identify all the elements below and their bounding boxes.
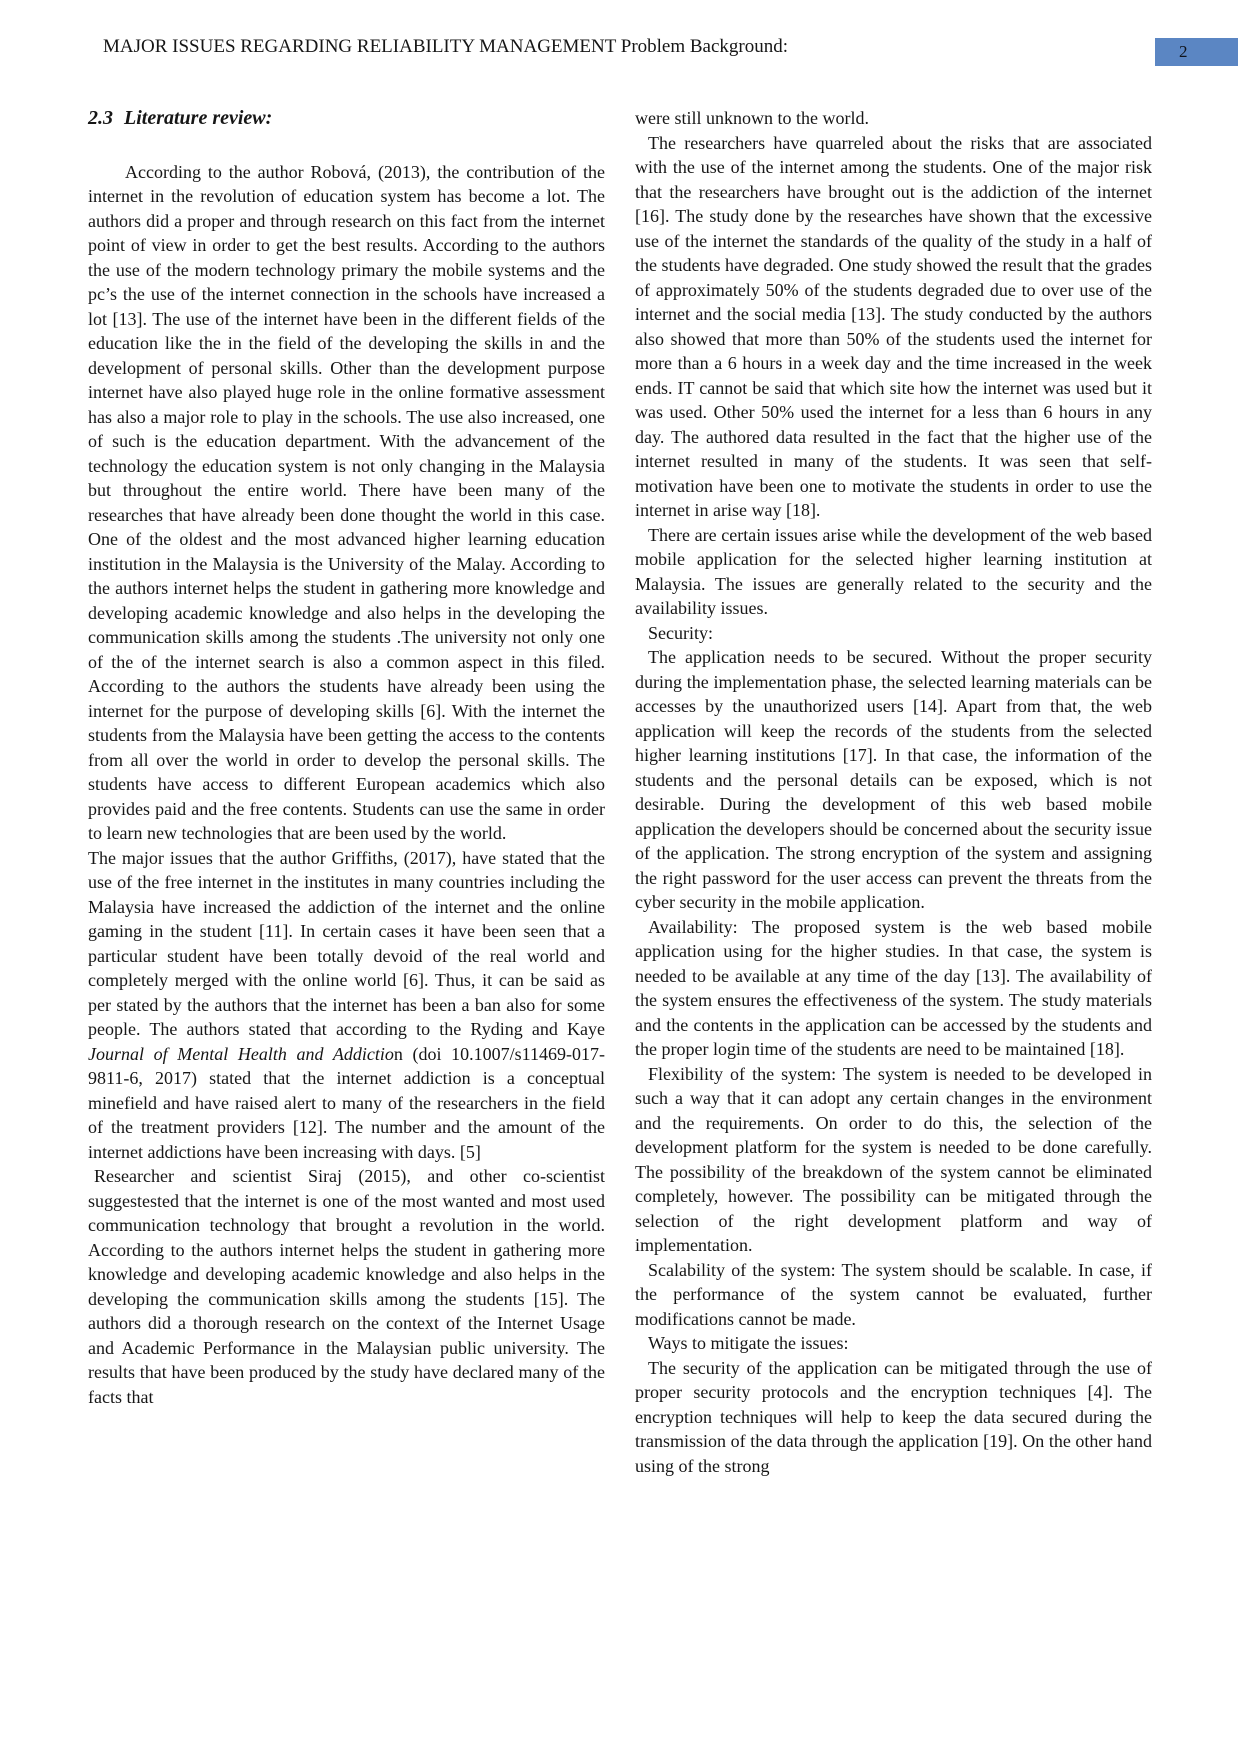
italic-text-run: Journal of Mental Health and Addictio (88, 1044, 394, 1064)
text-run: Security: (648, 623, 713, 643)
text-run: The security of the application can be m… (635, 1358, 1152, 1476)
page-number: 2 (1179, 42, 1188, 61)
paragraph: Availability: The proposed system is the… (635, 915, 1152, 1062)
paragraph: According to the author Robová, (2013), … (88, 160, 605, 846)
right-column: were still unknown to the world.The rese… (635, 106, 1152, 1478)
paragraph: The researchers have quarreled about the… (635, 131, 1152, 523)
document-page: MAJOR ISSUES REGARDING RELIABILITY MANAG… (0, 0, 1241, 1754)
two-column-content: 2.3Literature review: According to the a… (88, 106, 1152, 1478)
paragraph: Flexibility of the system: The system is… (635, 1062, 1152, 1258)
paragraph: Researcher and scientist Siraj (2015), a… (88, 1164, 605, 1409)
paragraph: Scalability of the system: The system sh… (635, 1258, 1152, 1332)
paragraph: were still unknown to the world. (635, 106, 1152, 131)
text-run: The major issues that the author Griffit… (88, 848, 605, 1040)
left-column-paragraphs: According to the author Robová, (2013), … (88, 160, 605, 1410)
text-run: Ways to mitigate the issues: (648, 1333, 849, 1353)
left-column: 2.3Literature review: According to the a… (88, 106, 605, 1478)
paragraph: The security of the application can be m… (635, 1356, 1152, 1479)
right-column-paragraphs: were still unknown to the world.The rese… (635, 106, 1152, 1478)
text-run: Researcher and scientist Siraj (2015), a… (88, 1166, 605, 1407)
section-heading-number: 2.3 (88, 107, 113, 129)
paragraph: Ways to mitigate the issues: (635, 1331, 1152, 1356)
text-run: were still unknown to the world. (635, 108, 869, 128)
header-title: MAJOR ISSUES REGARDING RELIABILITY MANAG… (103, 36, 788, 57)
page-number-badge: 2 (1155, 38, 1238, 66)
text-run: According to the author Robová, (2013), … (88, 162, 605, 844)
section-heading: 2.3Literature review: (88, 106, 605, 131)
text-run: The researchers have quarreled about the… (635, 133, 1152, 521)
paragraph: The application needs to be secured. Wit… (635, 645, 1152, 915)
text-run: Availability: The proposed system is the… (635, 917, 1152, 1060)
text-run: Scalability of the system: The system sh… (635, 1260, 1152, 1329)
text-run: Flexibility of the system: The system is… (635, 1064, 1152, 1256)
section-heading-label: Literature review: (124, 107, 272, 129)
page-header: MAJOR ISSUES REGARDING RELIABILITY MANAG… (103, 36, 1131, 58)
text-run: The application needs to be secured. Wit… (635, 647, 1152, 912)
paragraph: The major issues that the author Griffit… (88, 846, 605, 1165)
paragraph: Security: (635, 621, 1152, 646)
paragraph: There are certain issues arise while the… (635, 523, 1152, 621)
text-run: There are certain issues arise while the… (635, 525, 1152, 619)
